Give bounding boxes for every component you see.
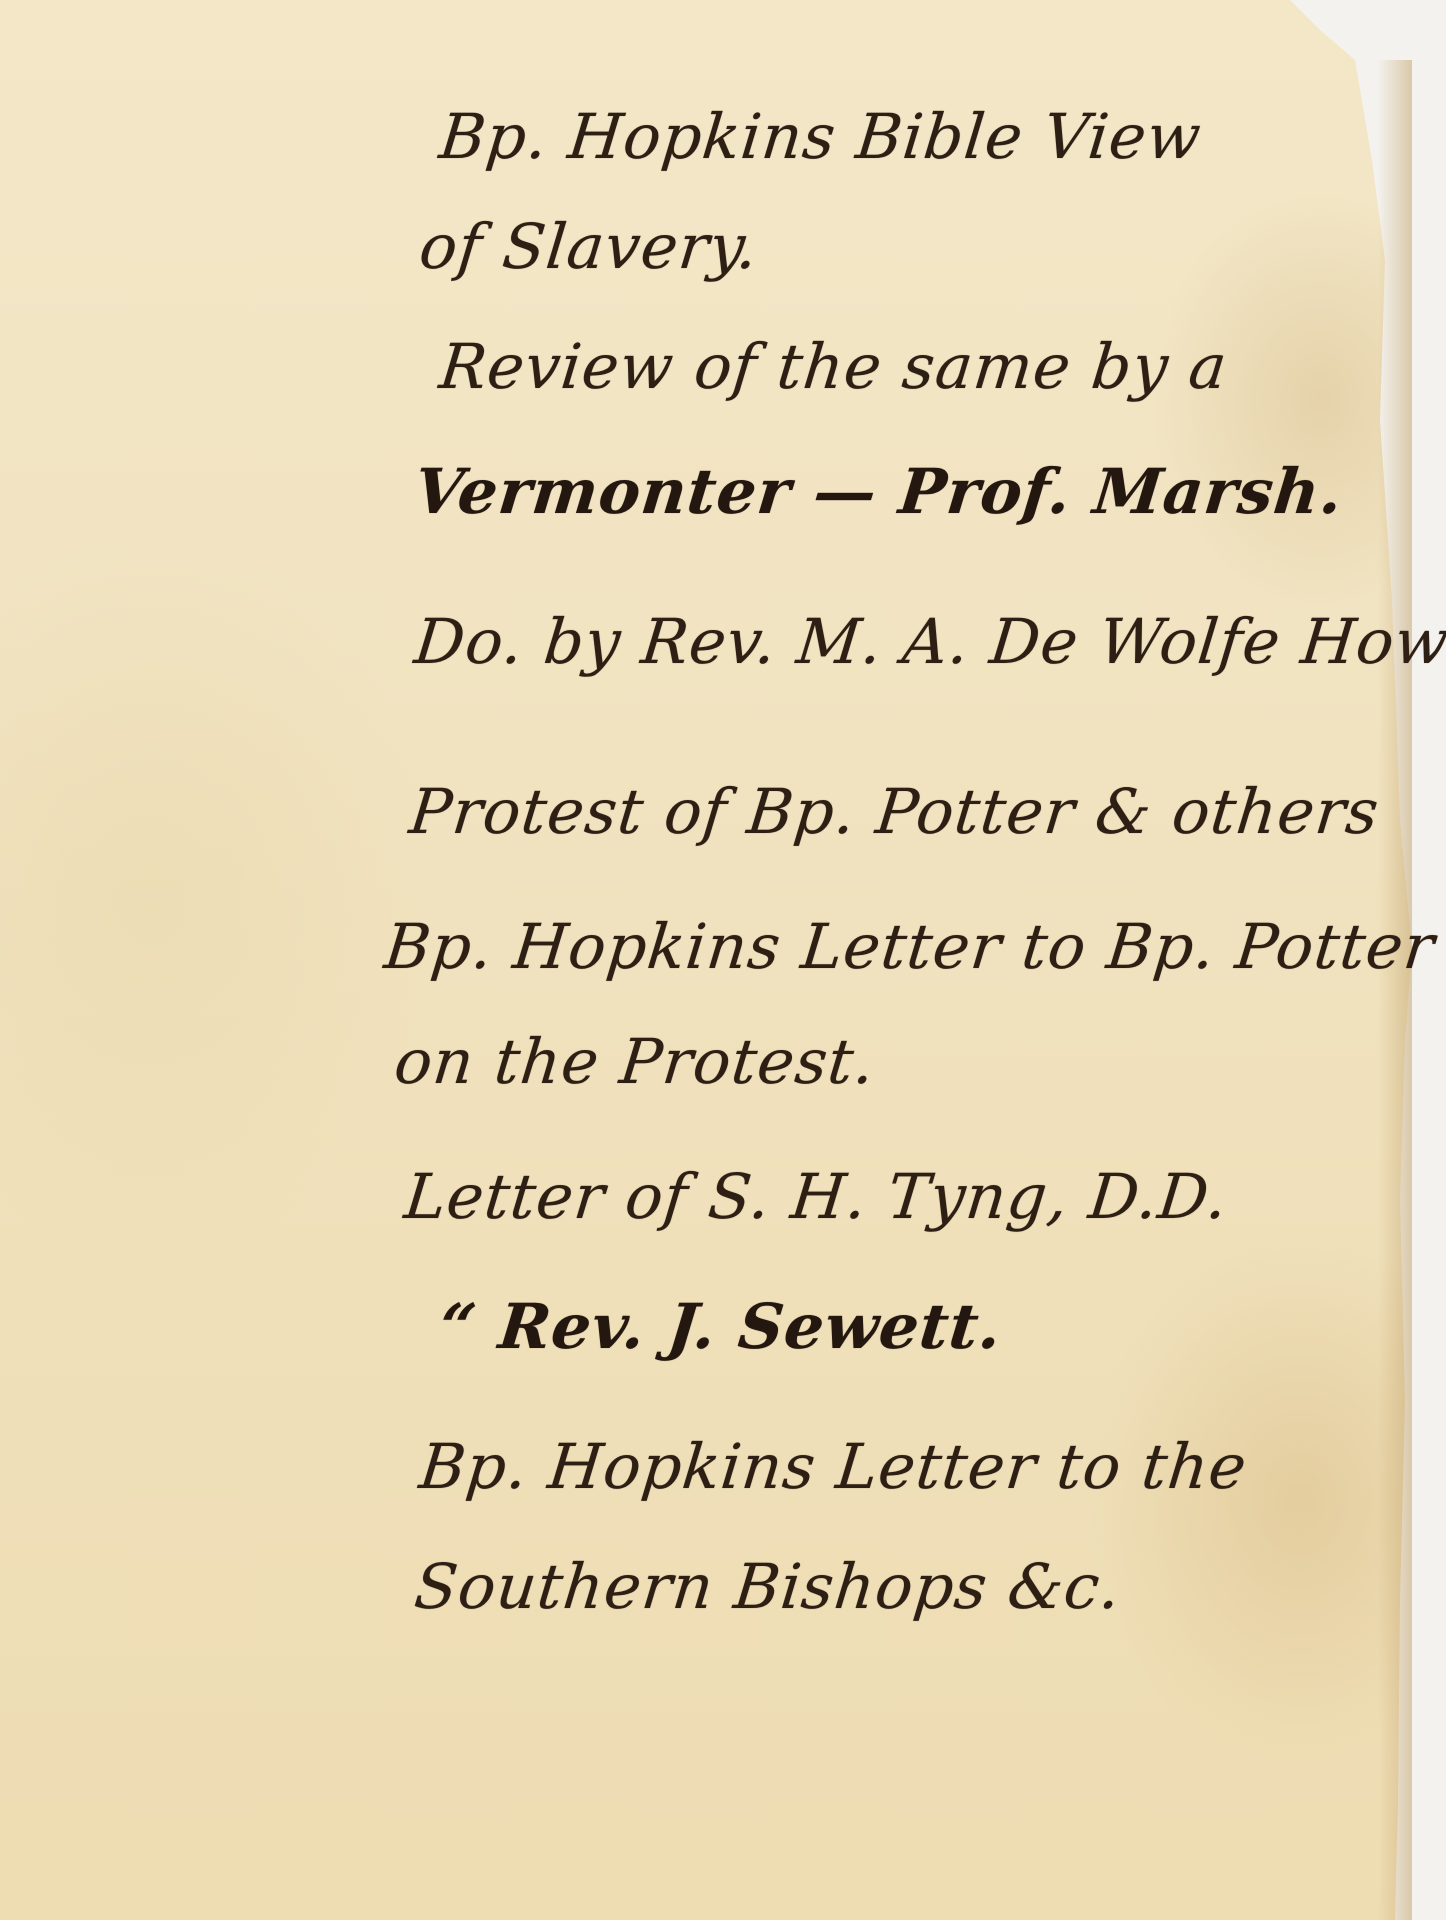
manuscript-line-8: on the Protest.	[391, 1025, 879, 1098]
manuscript-line-9: Letter of S. H. Tyng, D.D.	[401, 1160, 1231, 1233]
manuscript-line-3: Review of the same by a	[436, 330, 1231, 403]
manuscript-line-12: Southern Bishops &c.	[411, 1550, 1125, 1623]
manuscript-line-7: Bp. Hopkins Letter to Bp. Potter	[381, 910, 1438, 983]
manuscript-line-4: Vermonter — Prof. Marsh.	[411, 455, 1346, 528]
manuscript-line-11: Bp. Hopkins Letter to the	[416, 1430, 1251, 1503]
manuscript-line-5: Do. by Rev. M. A. De Wolfe Howe	[411, 605, 1446, 678]
manuscript-line-10: “ Rev. J. Sewett.	[436, 1290, 1005, 1363]
manuscript-line-2: of Slavery.	[416, 210, 762, 283]
manuscript-line-6: Protest of Bp. Potter & others	[406, 775, 1383, 848]
manuscript-line-1: Bp. Hopkins Bible View	[436, 100, 1205, 173]
